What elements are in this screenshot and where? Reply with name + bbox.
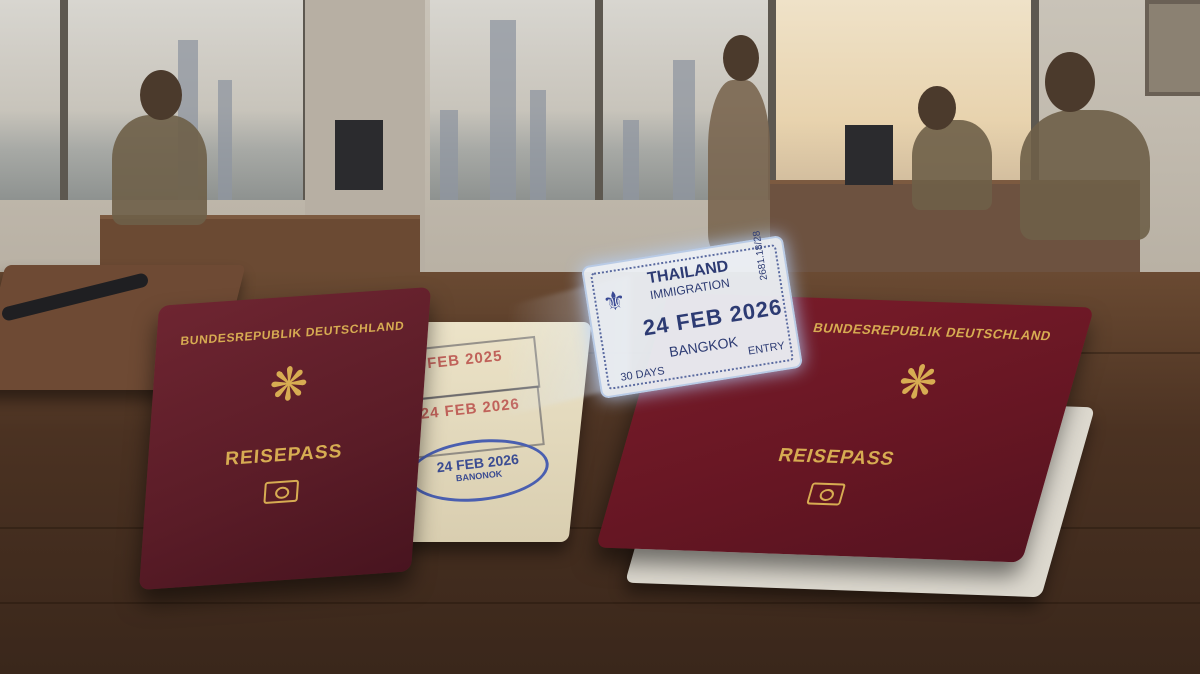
window: [776, 0, 1039, 200]
officer-person: [912, 120, 992, 210]
passport-country: BUNDESREPUBLIK DEUTSCHLAND: [156, 317, 429, 351]
eagle-icon: ❋: [757, 352, 1078, 413]
officer-person: [112, 115, 207, 225]
officer-head: [140, 70, 182, 120]
scene: FEB 2025 24 FEB 2026 24 FEB 2026 BANONOK…: [0, 0, 1200, 674]
officer-person: [708, 80, 770, 250]
passport-document-type: REISEPASS: [147, 436, 421, 477]
computer-monitor: [845, 125, 893, 185]
window: [430, 0, 603, 200]
officer-head: [1045, 52, 1095, 112]
officer-head: [723, 35, 759, 81]
computer-monitor: [335, 120, 383, 190]
officer-head: [918, 86, 956, 130]
window: [0, 0, 68, 200]
biometric-chip-icon: [263, 480, 299, 504]
biometric-chip-icon: [806, 482, 846, 505]
old-passport: BUNDESREPUBLIK DEUTSCHLAND ❋ REISEPASS: [139, 287, 431, 590]
eagle-icon: ❋: [151, 350, 427, 419]
passport-country: BUNDESREPUBLIK DEUTSCHLAND: [777, 319, 1088, 345]
garuda-icon: ⚜: [600, 284, 628, 318]
officer-person: [1020, 110, 1150, 240]
wall-picture: [1145, 0, 1200, 96]
passport-document-type: REISEPASS: [620, 439, 1052, 476]
